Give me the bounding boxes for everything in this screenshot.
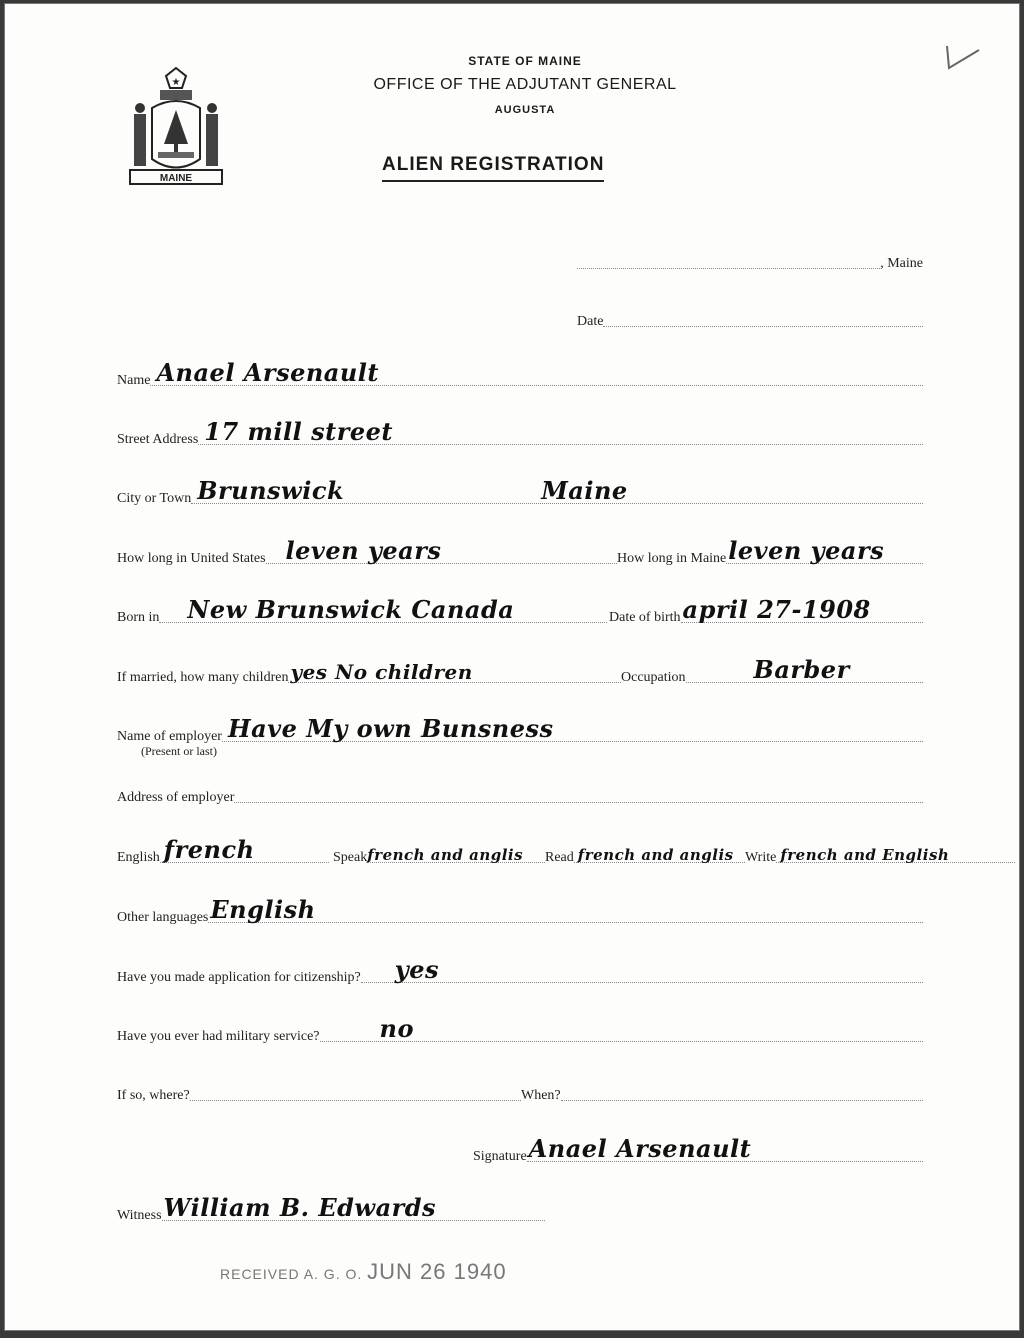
occupation-label: Occupation [621,670,686,688]
header-city: AUGUSTA [345,104,705,116]
occupation-field[interactable]: Occupation Barber [621,658,923,688]
born-in-input[interactable]: New Brunswick Canada [159,621,607,623]
date-field[interactable]: Date [577,302,923,332]
write-input[interactable]: french and English [776,861,1015,863]
other-languages-value: English [210,895,315,924]
signature-label: Signature [473,1149,527,1167]
city-input[interactable]: Brunswick Maine [191,502,923,504]
occupation-value: Barber [754,655,850,684]
speak-field[interactable]: Speak french and anglis [333,838,545,868]
witness-field[interactable]: Witness William B. Edwards [117,1196,545,1226]
maine-duration-label: How long in Maine [617,551,726,569]
where-field[interactable]: If so, where? [117,1076,521,1106]
us-duration-value: leven years [286,536,442,565]
born-in-value: New Brunswick Canada [187,595,514,624]
received-stamp: RECEIVED A. G. O. JUN 26 1940 [220,1259,507,1285]
occupation-input[interactable]: Barber [686,681,923,683]
employer-input[interactable]: Have My own Bunsness [222,740,923,742]
children-field[interactable]: If married, how many children yes No chi… [117,658,621,688]
registration-form: ★ MAINE STATE OF MAINE OFFICE OF THE ADJ… [4,3,1020,1331]
witness-input[interactable]: William B. Edwards [162,1219,545,1221]
street-value: 17 mill street [204,417,393,446]
maine-duration-input[interactable]: leven years [726,562,923,564]
place-suffix: , Maine [880,256,923,274]
born-in-field[interactable]: Born in New Brunswick Canada [117,598,607,628]
children-input[interactable]: yes No children [288,681,621,683]
english-field[interactable]: English french [117,838,329,868]
when-field[interactable]: When? [521,1076,923,1106]
employer-address-label: Address of employer [117,790,234,808]
citizenship-label: Have you made application for citizenshi… [117,970,361,988]
when-label: When? [521,1088,561,1106]
street-label: Street Address [117,432,198,450]
read-input[interactable]: french and anglis [574,861,745,863]
employer-value: Have My own Bunsness [228,714,554,743]
born-in-label: Born in [117,610,159,628]
svg-text:MAINE: MAINE [160,173,193,184]
employer-address-field[interactable]: Address of employer [117,778,923,808]
write-label: Write [745,850,776,868]
speak-value: french and anglis [367,846,523,864]
name-label: Name [117,373,150,391]
where-input[interactable] [190,1099,521,1101]
read-field[interactable]: Read french and anglis [545,838,745,868]
write-value: french and English [780,846,949,864]
military-input[interactable]: no [320,1040,923,1042]
city-field[interactable]: City or Town Brunswick Maine [117,479,923,509]
stamp-prefix: RECEIVED A. G. O. [220,1266,362,1282]
employer-address-input[interactable] [234,801,923,803]
english-value: french [164,835,255,864]
page-title: ALIEN REGISTRATION [382,154,604,182]
date-label: Date [577,314,603,332]
military-label: Have you ever had military service? [117,1029,320,1047]
maine-seal-icon: ★ MAINE [122,64,230,194]
maine-duration-field[interactable]: How long in Maine leven years [617,539,923,569]
city-value: Brunswick [197,476,344,505]
other-languages-label: Other languages [117,910,208,928]
employer-field[interactable]: Name of employer Have My own Bunsness [117,717,923,747]
speak-label: Speak [333,850,367,868]
us-duration-field[interactable]: How long in United States leven years [117,539,617,569]
children-label: If married, how many children [117,670,288,688]
read-value: french and anglis [578,846,734,864]
citizenship-value: yes [395,955,439,984]
citizenship-input[interactable]: yes [361,981,923,983]
military-value: no [380,1014,414,1043]
children-value: yes No children [290,660,472,684]
signature-input[interactable]: Anael Arsenault [527,1160,923,1162]
military-field[interactable]: Have you ever had military service? no [117,1017,923,1047]
signature-field[interactable]: Signature Anael Arsenault [473,1137,923,1167]
speak-input[interactable]: french and anglis [367,861,545,863]
date-input[interactable] [603,325,923,327]
maine-duration-value: leven years [728,536,884,565]
signature-value: Anael Arsenault [529,1134,752,1163]
name-input[interactable]: Anael Arsenault [150,384,923,386]
other-languages-input[interactable]: English [208,921,923,923]
us-duration-input[interactable]: leven years [266,562,617,564]
when-input[interactable] [561,1099,923,1101]
stamp-date: JUN 26 1940 [367,1259,506,1284]
citizenship-field[interactable]: Have you made application for citizenshi… [117,958,923,988]
header-state: STATE OF MAINE [345,54,705,68]
header-office: OFFICE OF THE ADJUTANT GENERAL [345,76,705,94]
dob-input[interactable]: april 27-1908 [681,621,923,623]
other-languages-field[interactable]: Other languages English [117,898,923,928]
dob-label: Date of birth [609,610,681,628]
street-field[interactable]: Street Address 17 mill street [117,420,923,450]
witness-value: William B. Edwards [164,1193,437,1222]
state-value: Maine [541,476,627,505]
write-field[interactable]: Write french and English [745,838,1015,868]
name-field[interactable]: Name Anael Arsenault [117,361,923,391]
name-value: Anael Arsenault [156,358,379,387]
place-input[interactable] [577,267,880,269]
employer-sublabel: (Present or last) [141,744,217,759]
place-field[interactable]: , Maine [577,244,923,274]
dob-field[interactable]: Date of birth april 27-1908 [609,598,923,628]
us-duration-label: How long in United States [117,551,266,569]
read-label: Read [545,850,574,868]
witness-label: Witness [117,1208,162,1226]
english-label: English [117,850,160,868]
checkmark-icon [945,42,985,72]
dob-value: april 27-1908 [683,595,871,624]
city-label: City or Town [117,491,191,509]
svg-text:★: ★ [172,77,181,88]
street-input[interactable]: 17 mill street [198,443,923,445]
where-label: If so, where? [117,1088,190,1106]
english-input[interactable]: french [160,861,329,863]
